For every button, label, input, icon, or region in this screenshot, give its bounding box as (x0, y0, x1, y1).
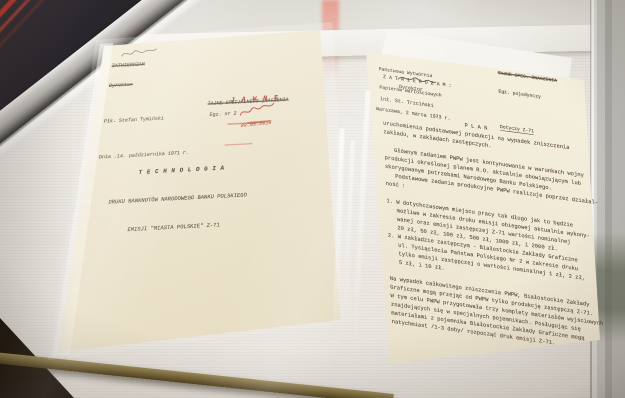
left-title-line-2: DRUKU BANKNOTÓW NARODOWEGO BANKU POLSKIE… (82, 189, 273, 210)
display-case-photo: Państwowa Wytwórnia Papierów Wartościowy… (0, 0, 625, 398)
spacer (106, 98, 196, 106)
left-title-line-1: T E C H N O L O G I A (86, 160, 277, 181)
spacer (499, 107, 559, 120)
spacer (101, 134, 191, 142)
left-approver-name: Płk. Stefan Tymiński (103, 114, 194, 125)
left-title-line-3: EMISJI "MIASTA POLSKIE" Z-71 (78, 218, 269, 239)
left-title-block: T E C H N O L O G I A DRUKU BANKNOTÓW NA… (75, 142, 279, 256)
left-approval-line-2: Dyrektor (108, 78, 199, 89)
right-classification-struck: TAJNE SPEC. ZNACZENIA (498, 70, 558, 84)
right-copy-number: Egz. pojedynczy (498, 88, 558, 102)
right-body-text: P L A N uruchomienia podstawowej produkc… (376, 110, 605, 354)
